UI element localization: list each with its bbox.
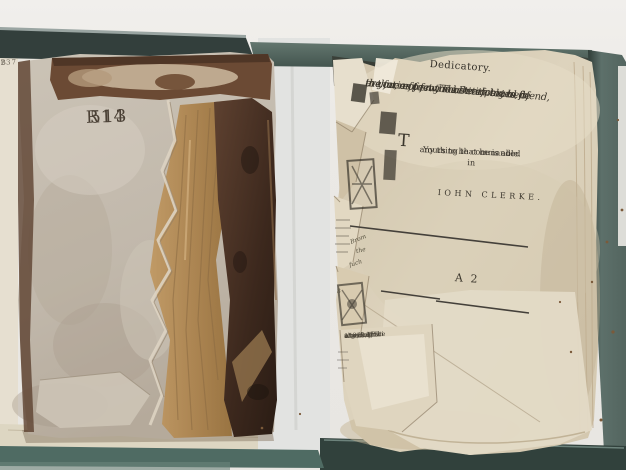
large-initial-fragment: T <box>397 131 410 152</box>
margin-scrap: 8 <box>337 288 342 295</box>
label-line: 2B <box>0 58 7 68</box>
lid-paper-left-strip <box>0 55 18 450</box>
gathering-mark: A 2 <box>455 271 480 286</box>
photo-open-clamshell-box-with-damaged-book: 1 3 3237 2B 513 R14 Dedicatory. in that … <box>0 0 626 470</box>
right-text-block <box>333 50 600 455</box>
fragment-line: ch: 12, ju <box>344 330 375 341</box>
shelfmark-letter: R14 <box>86 107 127 127</box>
left-book-board <box>12 52 278 443</box>
photo-background-art <box>0 0 626 470</box>
shelfmark: 513 R14 <box>90 107 131 127</box>
